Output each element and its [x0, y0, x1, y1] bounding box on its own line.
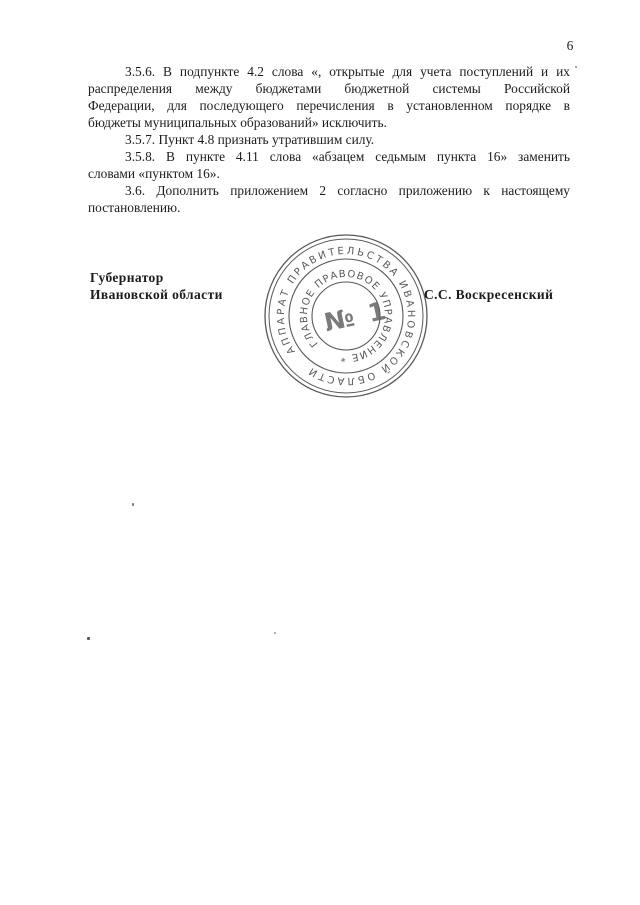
paragraph-line: постановлению. — [88, 199, 570, 216]
document-body: 3.5.6. В подпункте 4.2 слова «, открытые… — [88, 63, 570, 216]
paragraph-line: бюджеты муниципальных образований» исклю… — [88, 114, 570, 131]
paragraph-line: словами «пунктом 16». — [88, 165, 570, 182]
paragraph-line: 3.5.7. Пункт 4.8 признать утратившим сил… — [88, 131, 570, 148]
paragraph-line: 3.5.8. В пункте 4.11 слова «абзацем седь… — [88, 148, 570, 165]
scan-speck — [87, 637, 90, 640]
official-stamp: АППАРАТ ПРАВИТЕЛЬСТВА ИВАНОВСКОЙ ОБЛАСТИ… — [258, 228, 434, 404]
paragraph-line: 3.6. Дополнить приложением 2 согласно пр… — [88, 182, 570, 199]
signer-name: С.С. Воскресенский — [424, 286, 614, 303]
page-number: 6 — [560, 38, 580, 54]
scan-speck — [575, 66, 577, 68]
paragraph-line: 3.5.6. В подпункте 4.2 слова «, открытые… — [88, 63, 570, 80]
paragraph-line: распределения между бюджетами бюджетной … — [88, 80, 570, 97]
paragraph-line: Федерации, для последующего перечисления… — [88, 97, 570, 114]
document-page: 6 3.5.6. В подпункте 4.2 слова «, открыт… — [0, 0, 640, 905]
scan-speck — [274, 632, 276, 634]
scan-speck — [132, 503, 134, 506]
